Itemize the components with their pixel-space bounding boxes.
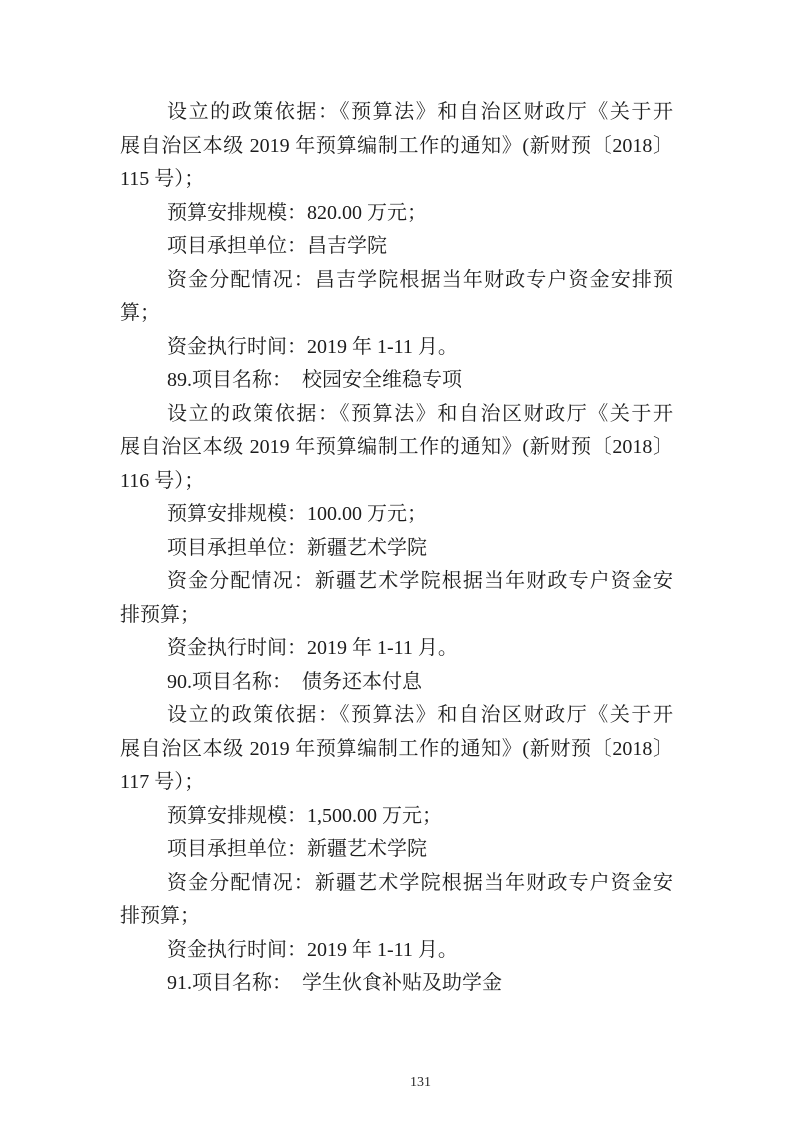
text-line: 项目承担单位：新疆艺术学院 <box>120 833 673 867</box>
text-line: 展自治区本级 2019 年预算编制工作的通知》(新财预〔2018〕 <box>120 733 673 767</box>
text-line: 设立的政策依据：《预算法》和自治区财政厅《关于开 <box>120 699 673 733</box>
text-line: 排预算； <box>120 900 673 934</box>
text-line: 资金分配情况：昌吉学院根据当年财政专户资金安排预 <box>120 264 673 298</box>
text-line: 算； <box>120 297 673 331</box>
page-footer: 131 <box>0 1074 793 1092</box>
project-title-line: 91.项目名称： 学生伙食补贴及助学金 <box>120 967 673 1001</box>
text-line: 资金执行时间：2019 年 1-11 月。 <box>120 934 673 968</box>
text-line: 资金分配情况：新疆艺术学院根据当年财政专户资金安 <box>120 565 673 599</box>
text-line: 展自治区本级 2019 年预算编制工作的通知》(新财预〔2018〕 <box>120 130 673 164</box>
text-line: 预算安排规模：100.00 万元； <box>120 498 673 532</box>
text-line: 排预算； <box>120 599 673 633</box>
text-line: 预算安排规模：1,500.00 万元； <box>120 800 673 834</box>
text-line: 资金分配情况：新疆艺术学院根据当年财政专户资金安 <box>120 867 673 901</box>
text-line: 资金执行时间：2019 年 1-11 月。 <box>120 331 673 365</box>
text-line: 预算安排规模：820.00 万元； <box>120 197 673 231</box>
text-line: 项目承担单位：新疆艺术学院 <box>120 532 673 566</box>
text-line: 116 号）； <box>120 465 673 499</box>
text-line: 设立的政策依据：《预算法》和自治区财政厅《关于开 <box>120 398 673 432</box>
page-number: 131 <box>410 1075 431 1090</box>
text-line: 项目承担单位：昌吉学院 <box>120 230 673 264</box>
text-line: 115 号）； <box>120 163 673 197</box>
text-line: 资金执行时间：2019 年 1-11 月。 <box>120 632 673 666</box>
document-page: 设立的政策依据：《预算法》和自治区财政厅《关于开 展自治区本级 2019 年预算… <box>0 0 793 1122</box>
document-body: 设立的政策依据：《预算法》和自治区财政厅《关于开 展自治区本级 2019 年预算… <box>120 96 673 1001</box>
text-line: 展自治区本级 2019 年预算编制工作的通知》(新财预〔2018〕 <box>120 431 673 465</box>
text-line: 117 号）； <box>120 766 673 800</box>
project-title-line: 90.项目名称： 债务还本付息 <box>120 666 673 700</box>
text-line: 设立的政策依据：《预算法》和自治区财政厅《关于开 <box>120 96 673 130</box>
project-title-line: 89.项目名称： 校园安全维稳专项 <box>120 364 673 398</box>
